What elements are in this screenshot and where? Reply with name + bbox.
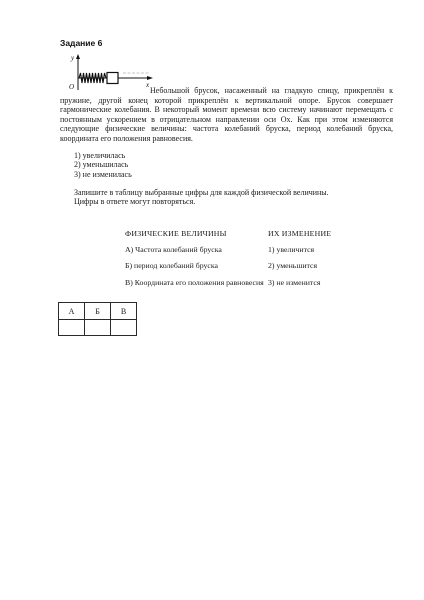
- answer-header-cell-v: В: [111, 303, 137, 320]
- option-item: 1) увеличилась: [74, 151, 393, 160]
- option-item: 2) уменьшилась: [74, 160, 393, 169]
- origin-label: O: [69, 83, 74, 91]
- x-axis-arrow-icon: [147, 76, 153, 80]
- match-table-row: А) Частота колебаний бруска 1) увеличитс…: [125, 242, 393, 258]
- match-table: ФИЗИЧЕСКИЕ ВЕЛИЧИНЫ ИХ ИЗМЕНЕНИЕ А) Част…: [125, 226, 393, 291]
- instructions: Запишите в таблицу выбранные цифры для к…: [74, 188, 393, 207]
- change-cell: 3) не изменится: [268, 275, 320, 291]
- spring-block-diagram: y x O: [66, 52, 158, 92]
- page-title: Задание 6: [60, 38, 393, 48]
- match-table-row: В) Координата его положения равновесия 3…: [125, 275, 393, 291]
- changes-column-header: ИХ ИЗМЕНЕНИЕ: [268, 226, 331, 242]
- answer-table-header-row: А Б В: [59, 303, 137, 320]
- y-axis-label: y: [70, 54, 75, 62]
- quantities-column-header: ФИЗИЧЕСКИЕ ВЕЛИЧИНЫ: [125, 226, 268, 242]
- change-cell: 2) уменьшится: [268, 258, 317, 274]
- answer-cell-a: [59, 320, 85, 336]
- worksheet-page: Задание 6 y x O Небольшой брусок, насаже…: [0, 0, 424, 600]
- quantity-cell: А) Частота колебаний бруска: [125, 242, 268, 258]
- instruction-line: Цифры в ответе могут повторяться.: [74, 197, 393, 207]
- block: [107, 73, 118, 84]
- answer-table-input-row: [59, 320, 137, 336]
- match-table-header-row: ФИЗИЧЕСКИЕ ВЕЛИЧИНЫ ИХ ИЗМЕНЕНИЕ: [125, 226, 393, 242]
- instruction-line: Запишите в таблицу выбранные цифры для к…: [74, 188, 393, 198]
- answer-cell-v: [111, 320, 137, 336]
- options-list: 1) увеличилась 2) уменьшилась 3) не изме…: [74, 151, 393, 179]
- change-cell: 1) увеличится: [268, 242, 314, 258]
- answer-cell-b: [85, 320, 111, 336]
- match-table-row: Б) период колебаний бруска 2) уменьшится: [125, 258, 393, 274]
- answer-table: А Б В: [58, 302, 137, 336]
- answer-header-cell-b: Б: [85, 303, 111, 320]
- option-item: 3) не изменилась: [74, 170, 393, 179]
- y-axis-arrow-icon: [76, 54, 80, 59]
- answer-header-cell-a: А: [59, 303, 85, 320]
- quantity-cell: Б) период колебаний бруска: [125, 258, 268, 274]
- problem-text: Небольшой брусок, насаженный на гладкую …: [60, 86, 393, 143]
- x-axis-label: x: [145, 81, 150, 89]
- quantity-cell: В) Координата его положения равновесия: [125, 275, 268, 291]
